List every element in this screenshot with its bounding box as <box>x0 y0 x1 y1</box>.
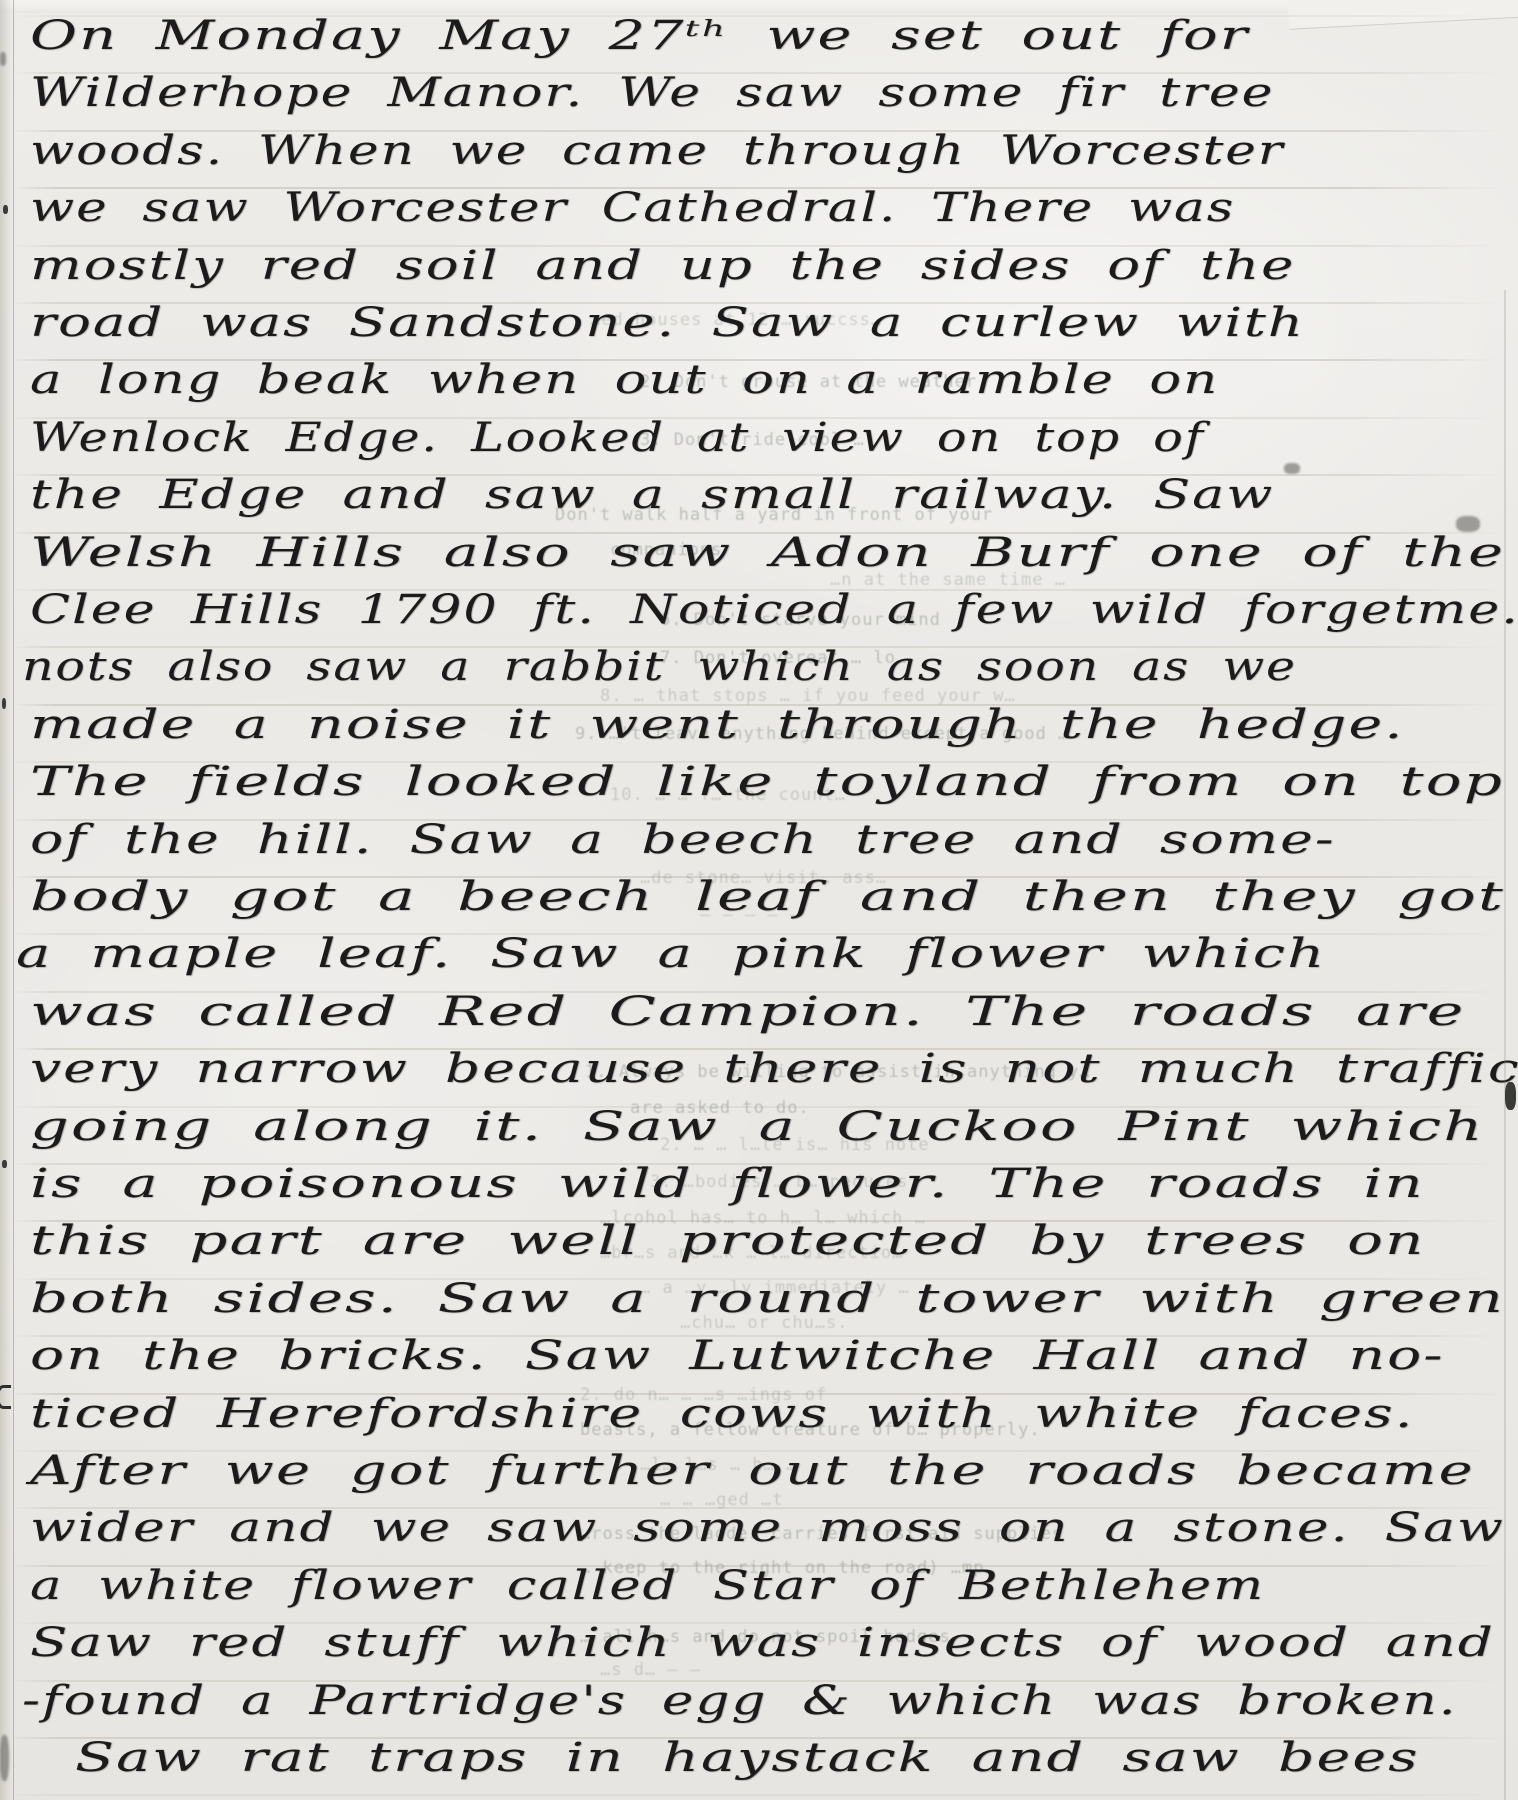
handwriting-line: we saw Worcester Cathedral. There was <box>30 180 1235 236</box>
ink-speck <box>3 205 8 214</box>
handwriting-line: both sides. Saw a round tower with green <box>30 1271 1505 1327</box>
ruled-line <box>10 1794 1505 1796</box>
page-edge-right <box>1504 290 1506 1800</box>
page-edge-left <box>0 0 14 1800</box>
handwriting-line: nots also saw a rabbit which as soon as … <box>22 639 1297 695</box>
handwriting-line: was called Red Campion. The roads are <box>30 984 1466 1040</box>
margin-c-mark <box>0 1385 11 1409</box>
handwriting-line: Wenlock Edge. Looked at view on top of <box>30 410 1205 466</box>
handwriting-line: The fields looked like toyland from on t… <box>30 754 1504 810</box>
handwriting-line: on the bricks. Saw Lutwitche Hall and no… <box>30 1328 1445 1384</box>
notebook-page: …ed houses at 12 … ruccss…2. Don't grous… <box>0 0 1518 1800</box>
ink-smudge <box>0 52 6 66</box>
ink-smudge <box>1284 463 1300 474</box>
handwriting-line: woods. When we came through Worcester <box>30 123 1284 179</box>
ink-speck <box>2 698 6 709</box>
handwriting-line: the Edge and saw a small railway. Saw <box>30 467 1274 523</box>
handwriting-line: Saw red stuff which was insects of wood … <box>30 1615 1495 1671</box>
handwriting-line: very narrow because there is not much tr… <box>30 1041 1518 1097</box>
handwriting-line: of the hill. Saw a beech tree and some- <box>30 812 1336 868</box>
handwriting-line: wider and we saw some moss on a stone. S… <box>30 1500 1505 1556</box>
ink-speck <box>2 1160 7 1168</box>
handwriting-line: Wilderhope Manor. We saw some fir tree <box>30 65 1274 121</box>
handwriting-line: Clee Hills 1790 ft. Noticed a few wild f… <box>30 582 1518 638</box>
handwriting-line: body got a beech leaf and then they got <box>30 869 1505 925</box>
handwriting-line: On Monday May 27ᵗʰ we set out for <box>30 8 1249 64</box>
ink-smudge <box>1456 516 1480 532</box>
handwriting-line: Welsh Hills also saw Adon Burf one of th… <box>30 525 1505 581</box>
handwriting-line: After we got further out the roads becam… <box>30 1443 1475 1499</box>
handwriting-line: going along it. Saw a Cuckoo Pint which <box>30 1099 1485 1155</box>
ink-smudge <box>0 1735 9 1781</box>
ink-speck <box>1505 1082 1516 1110</box>
handwriting-line: made a noise it went through the hedge. <box>30 697 1404 753</box>
handwriting-line: a long beak when out on a ramble on <box>30 352 1219 408</box>
handwriting-line: ticed Herefordshire cows with white face… <box>30 1386 1414 1442</box>
handwriting-line: road was Sandstone. Saw a curlew with <box>30 295 1305 351</box>
handwriting-line: a maple leaf. Saw a pink flower which <box>16 926 1326 982</box>
handwriting-line: mostly red soil and up the sides of the <box>30 238 1295 294</box>
handwriting-line: Saw rat traps in haystack and saw bees <box>75 1730 1420 1786</box>
handwriting-line: is a poisonous wild flower. The roads in <box>30 1156 1425 1212</box>
handwriting-line: this part are well protected by trees on <box>30 1213 1426 1269</box>
handwriting-line: a white flower called Star of Bethlehem <box>30 1558 1265 1614</box>
handwriting-line: -found a Partridge's egg & which was bro… <box>22 1673 1457 1729</box>
